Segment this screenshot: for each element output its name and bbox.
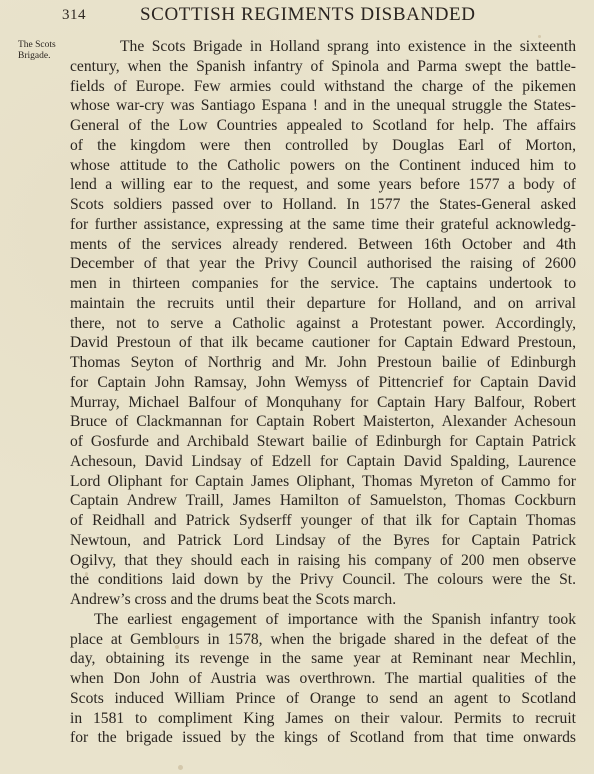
body-text: The Scots Brigade in Holland sprang into…: [70, 37, 576, 748]
text-line: The earliest engagement of importance wi…: [70, 610, 576, 630]
text-line: whose war-cry was Santiago Espana ! and …: [70, 96, 576, 116]
text-line: place at Gemblours in 1578, when the bri…: [70, 630, 576, 650]
text-line: of the kingdom were then controlled by D…: [70, 136, 576, 156]
paragraph-1: The Scots Brigade in Holland sprang into…: [70, 37, 576, 610]
running-head: 314 SCOTTISH REGIMENTS DISBANDED: [0, 4, 594, 28]
text-line: century, when the Spanish infantry of Sp…: [70, 57, 576, 77]
text-line: whose attitude to the Catholic powers on…: [70, 156, 576, 176]
text-line: in 1581 to compliment King James on thei…: [70, 709, 576, 729]
text-line: Scots soldiers passed over to Holland. I…: [70, 195, 576, 215]
text-line: of Reidhall and Patrick Sydserff younger…: [70, 511, 576, 531]
text-line: Newtoun, and Patrick Lord Lindsay of the…: [70, 531, 576, 551]
text-line: day, obtaining its revenge in the same y…: [70, 649, 576, 669]
page-number: 314: [62, 7, 86, 24]
text-line: Scots induced William Prince of Orange t…: [70, 689, 576, 709]
text-line: Captain Andrew Traill, James Hamilton of…: [70, 491, 576, 511]
text-line: Lord Oliphant for Captain James Oliphant…: [70, 472, 576, 492]
text-line: for the brigade issued by the kings of S…: [70, 728, 576, 748]
text-line: Murray, Michael Balfour of Monquhany for…: [70, 393, 576, 413]
text-line: Andrew’s cross and the drums beat the Sc…: [70, 590, 576, 610]
text-line: ments of the services already rendered. …: [70, 235, 576, 255]
paragraph-2: The earliest engagement of importance wi…: [70, 610, 576, 748]
paper-speck: [538, 35, 541, 38]
text-line: men in thirteen companies for the servic…: [70, 274, 576, 294]
text-line: for further assistance, expressing at th…: [70, 215, 576, 235]
text-line: fields of Europe. Few armies could withs…: [70, 77, 576, 97]
paper-speck: [175, 645, 179, 649]
text-line: December of that year the Privy Council …: [70, 254, 576, 274]
text-line: of Gosfurde and Archibald Stewart bailie…: [70, 432, 576, 452]
text-line: David Prestoun of that ilk became cautio…: [70, 333, 576, 353]
text-line: when Don John of Austria was overthrown.…: [70, 669, 576, 689]
text-line: Ogilvy, that they should each in raising…: [70, 551, 576, 571]
text-line: Bruce of Clackmannan for Captain Robert …: [70, 412, 576, 432]
text-line: lend a willing ear to the request, and s…: [70, 175, 576, 195]
text-line: The Scots Brigade in Holland sprang into…: [70, 37, 576, 57]
book-page: 314 SCOTTISH REGIMENTS DISBANDED The Sco…: [0, 0, 594, 774]
paper-speck: [178, 765, 183, 770]
margin-note-line: The Scots: [18, 40, 68, 51]
text-line: Achesoun, David Lindsay of Edzell for Ca…: [70, 452, 576, 472]
paper-speck: [85, 572, 88, 576]
text-line: maintain the recruits until their depart…: [70, 294, 576, 314]
text-line: General of the Low Countries appealed to…: [70, 116, 576, 136]
margin-note: The Scots Brigade.: [18, 40, 68, 61]
text-line: Thomas Seyton of Northrig and Mr. John P…: [70, 353, 576, 373]
page-title: SCOTTISH REGIMENTS DISBANDED: [140, 4, 480, 26]
text-line: the conditions laid down by the Privy Co…: [70, 570, 576, 590]
margin-note-line: Brigade.: [18, 51, 68, 62]
text-line: for Captain John Ramsay, John Wemyss of …: [70, 373, 576, 393]
text-line: there, not to serve a Catholic against a…: [70, 314, 576, 334]
